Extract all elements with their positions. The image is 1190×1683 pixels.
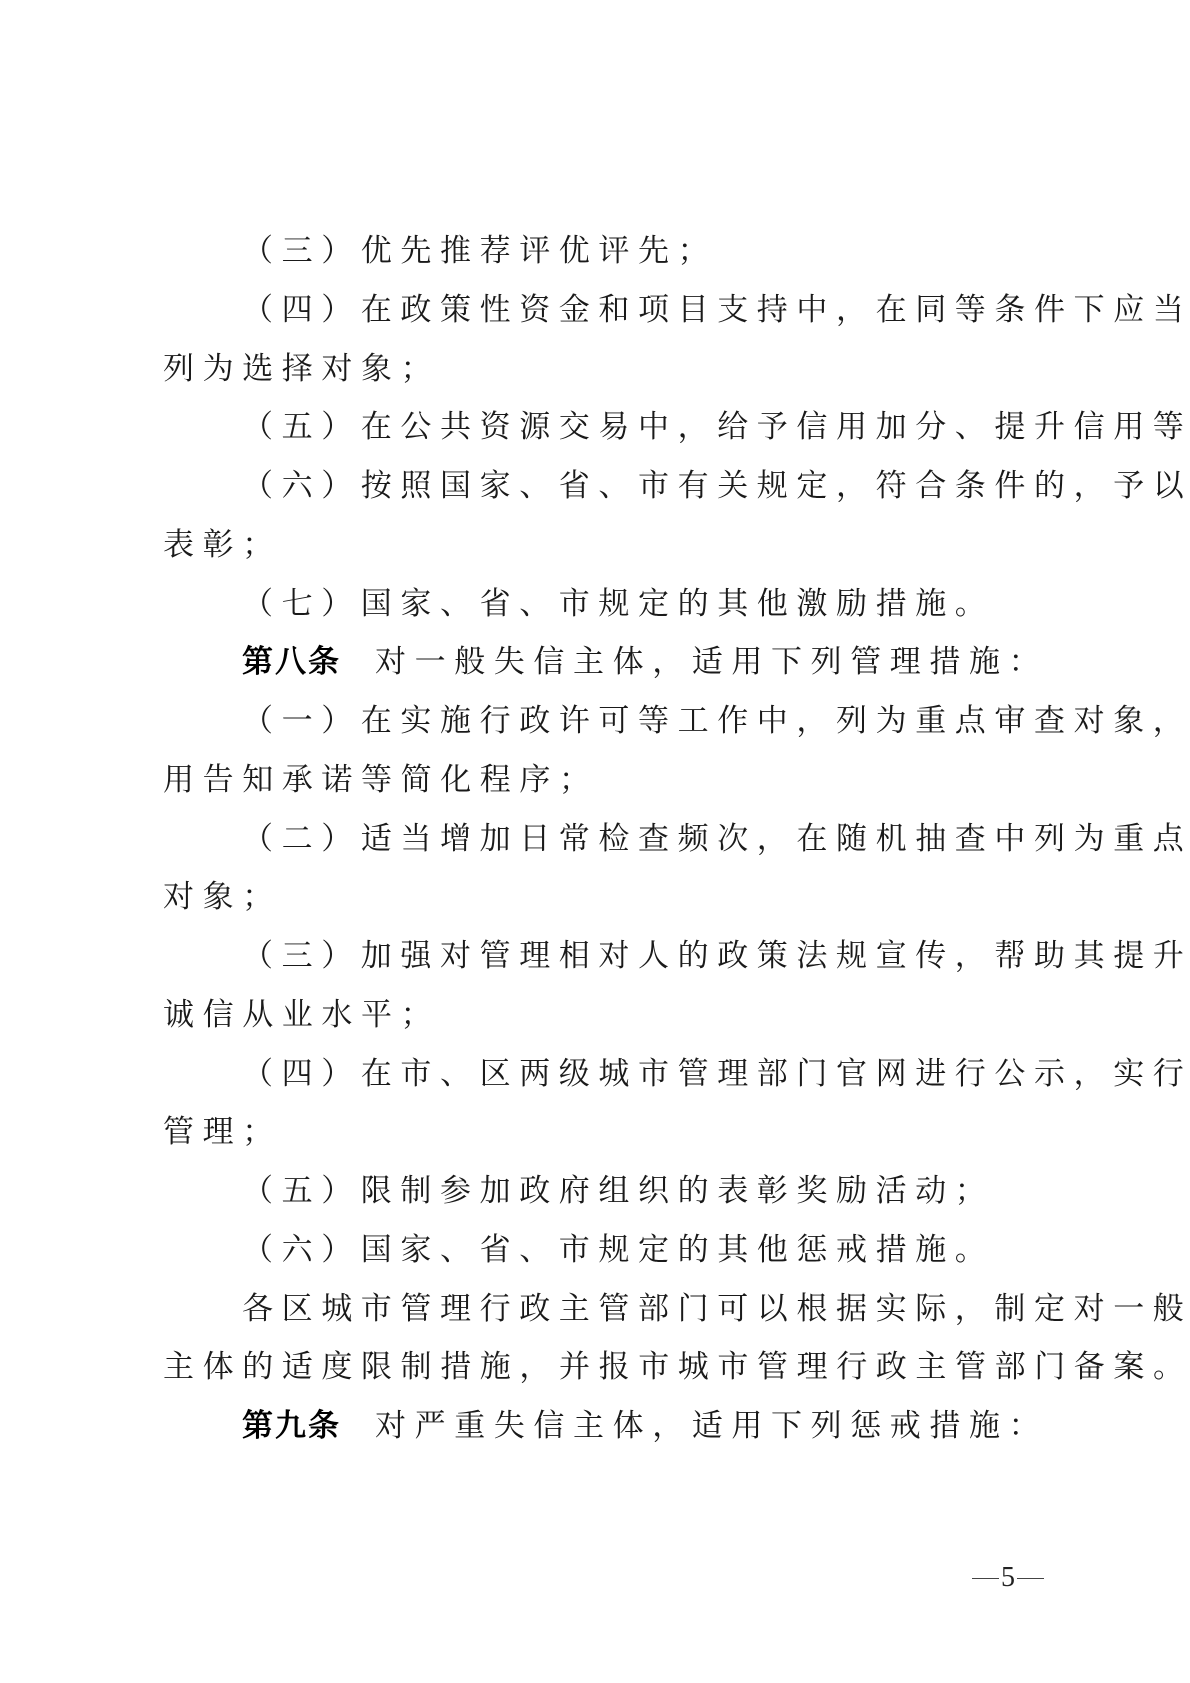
article-8-paragraph: 各区城市管理行政主管部门可以根据实际，制定对一般失信 xyxy=(163,1280,1053,1339)
list-item-5-public-resources: （五）在公共资源交易中，给予信用加分、提升信用等级； xyxy=(163,398,1053,457)
article-8-item-4-continued: 管理； xyxy=(163,1103,1053,1162)
article-8-item-3-continued: 诚信从业水平； xyxy=(163,986,1053,1045)
article-9-heading: 第九条 xyxy=(242,1408,341,1444)
article-8-text: 对一般失信主体，适用下列管理措施： xyxy=(375,644,1048,680)
article-8-item-3: （三）加强对管理相对人的政策法规宣传，帮助其提升依法 xyxy=(163,927,1053,986)
article-8-item-5: （五）限制参加政府组织的表彰奖励活动； xyxy=(163,1162,1053,1221)
list-item-6-continued: 表彰； xyxy=(163,516,1053,575)
article-8-item-6: （六）国家、省、市规定的其他惩戒措施。 xyxy=(163,1221,1053,1280)
page-number-dash-left xyxy=(972,1578,999,1579)
page-number-dash-right xyxy=(1017,1578,1044,1579)
list-item-6-commendation: （六）按照国家、省、市有关规定，符合条件的，予以公开 xyxy=(163,457,1053,516)
document-body: （三）优先推荐评优评先； （四）在政策性资金和项目支持中，在同等条件下应当优先 … xyxy=(163,222,1053,1456)
article-8-item-2-continued: 对象； xyxy=(163,868,1053,927)
article-8-item-4: （四）在市、区两级城市管理部门官网进行公示，实行动态 xyxy=(163,1045,1053,1104)
article-8-item-2: （二）适当增加日常检查频次，在随机抽查中列为重点检查 xyxy=(163,810,1053,869)
article-8-heading: 第八条 xyxy=(242,644,341,680)
list-item-4-continued: 列为选择对象； xyxy=(163,340,1053,399)
article-9-text: 对严重失信主体，适用下列惩戒措施： xyxy=(375,1408,1048,1444)
article-8-paragraph-continued: 主体的适度限制措施，并报市城市管理行政主管部门备案。 xyxy=(163,1338,1053,1397)
list-item-3-recommend: （三）优先推荐评优评先； xyxy=(163,222,1053,281)
page-number-value: 5 xyxy=(1001,1562,1015,1594)
article-8-item-1-continued: 用告知承诺等简化程序； xyxy=(163,751,1053,810)
article-8: 第八条对一般失信主体，适用下列管理措施： xyxy=(163,633,1053,692)
article-9: 第九条对严重失信主体，适用下列惩戒措施： xyxy=(163,1397,1053,1456)
article-8-item-1: （一）在实施行政许可等工作中，列为重点审查对象，不适 xyxy=(163,692,1053,751)
list-item-4-funding: （四）在政策性资金和项目支持中，在同等条件下应当优先 xyxy=(163,281,1053,340)
document-page: （三）优先推荐评优评先； （四）在政策性资金和项目支持中，在同等条件下应当优先 … xyxy=(0,0,1190,1683)
page-number: 5 xyxy=(972,1562,1044,1594)
list-item-7-other-incentives: （七）国家、省、市规定的其他激励措施。 xyxy=(163,575,1053,634)
